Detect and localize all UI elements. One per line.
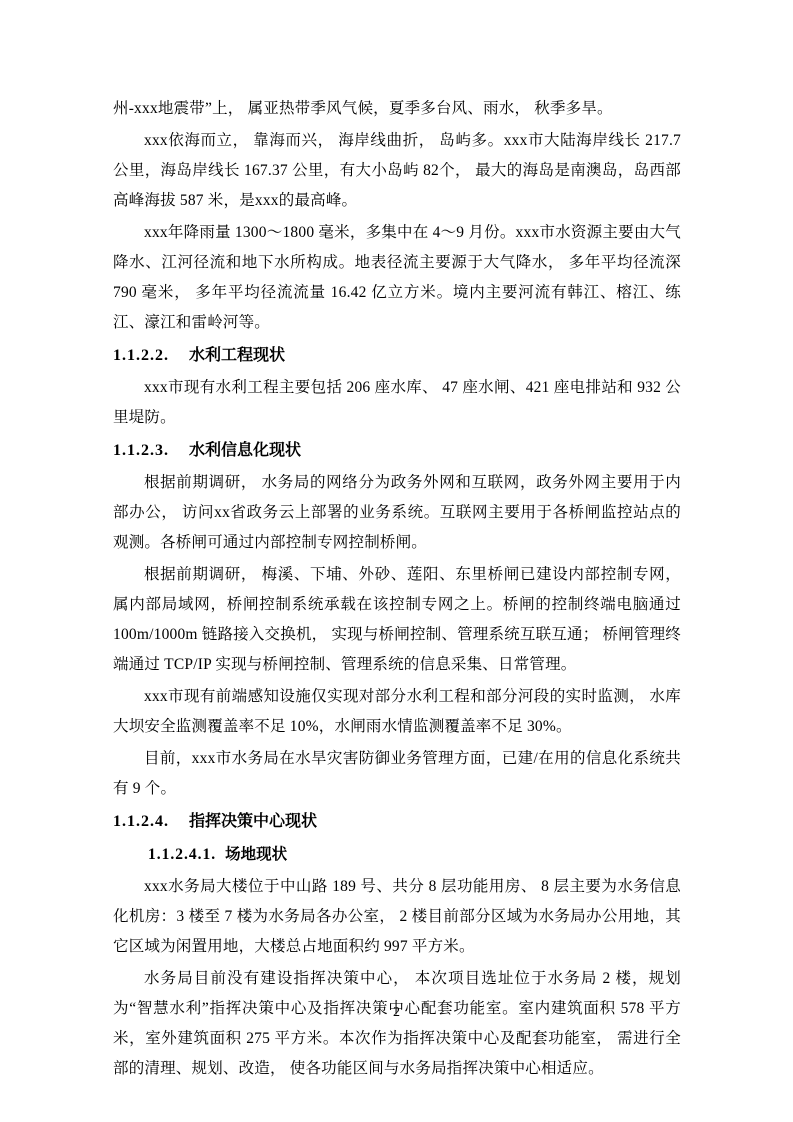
document-page: 州-xxx地震带”上， 属亚热带季风气候，夏季多台风、雨水， 秋季多旱。 xxx… [0, 0, 793, 1122]
heading-number: 1.1.2.3. [113, 442, 169, 459]
page-number: 2 [393, 1005, 400, 1020]
paragraph-coastline: xxx依海而立， 靠海而兴， 海岸线曲折， 岛屿多。xxx市大陆海岸线长 217… [113, 126, 681, 216]
heading-water-informatization-status: 1.1.2.3.水利信息化现状 [113, 436, 681, 466]
heading-site-status: 1.1.2.4.1.场地现状 [113, 840, 681, 870]
paragraph-existing-info-systems: 目前，xxx市水务局在水旱灾害防御业务管理方面，已建/在用的信息化系统共有 9 … [113, 744, 681, 804]
heading-title: 水利信息化现状 [189, 442, 301, 459]
heading-water-engineering-status: 1.1.2.2.水利工程现状 [113, 341, 681, 371]
paragraph-command-center-plan: 水务局目前没有建设指挥决策中心， 本次项目选址位于水务局 2 楼，规划为“智慧水… [113, 964, 681, 1084]
paragraph-bridge-gate-control-network: 根据前期调研， 梅溪、下埔、外砂、莲阳、东里桥闸已建设内部控制专网，属内部局域网… [113, 560, 681, 680]
paragraph-seismic-climate-continuation: 州-xxx地震带”上， 属亚热带季风气候，夏季多台风、雨水， 秋季多旱。 [113, 94, 681, 124]
heading-number: 1.1.2.4.1. [148, 846, 216, 863]
heading-title: 场地现状 [225, 846, 287, 863]
paragraph-frontend-sensing-coverage: xxx市现有前端感知设施仅实现对部分水利工程和部分河段的实时监测， 水库大坝安全… [113, 682, 681, 742]
page-footer: 2 [0, 1003, 793, 1023]
heading-number: 1.1.2.2. [113, 347, 169, 364]
heading-command-center-status: 1.1.2.4.指挥决策中心现状 [113, 807, 681, 837]
paragraph-building-site: xxx水务局大楼位于中山路 189 号、共分 8 层功能用房、 8 层主要为水务… [113, 872, 681, 962]
paragraph-water-projects-summary: xxx市现有水利工程主要包括 206 座水库、 47 座水闸、421 座电排站和… [113, 373, 681, 433]
heading-title: 水利工程现状 [189, 347, 285, 364]
paragraph-network-overview: 根据前期调研， 水务局的网络分为政务外网和互联网，政务外网主要用于内部办公， 访… [113, 468, 681, 558]
paragraph-rainfall-water-resources: xxx年降雨量 1300～1800 毫米，多集中在 4～9 月份。xxx市水资源… [113, 218, 681, 338]
heading-number: 1.1.2.4. [113, 813, 169, 830]
heading-title: 指挥决策中心现状 [189, 813, 317, 830]
